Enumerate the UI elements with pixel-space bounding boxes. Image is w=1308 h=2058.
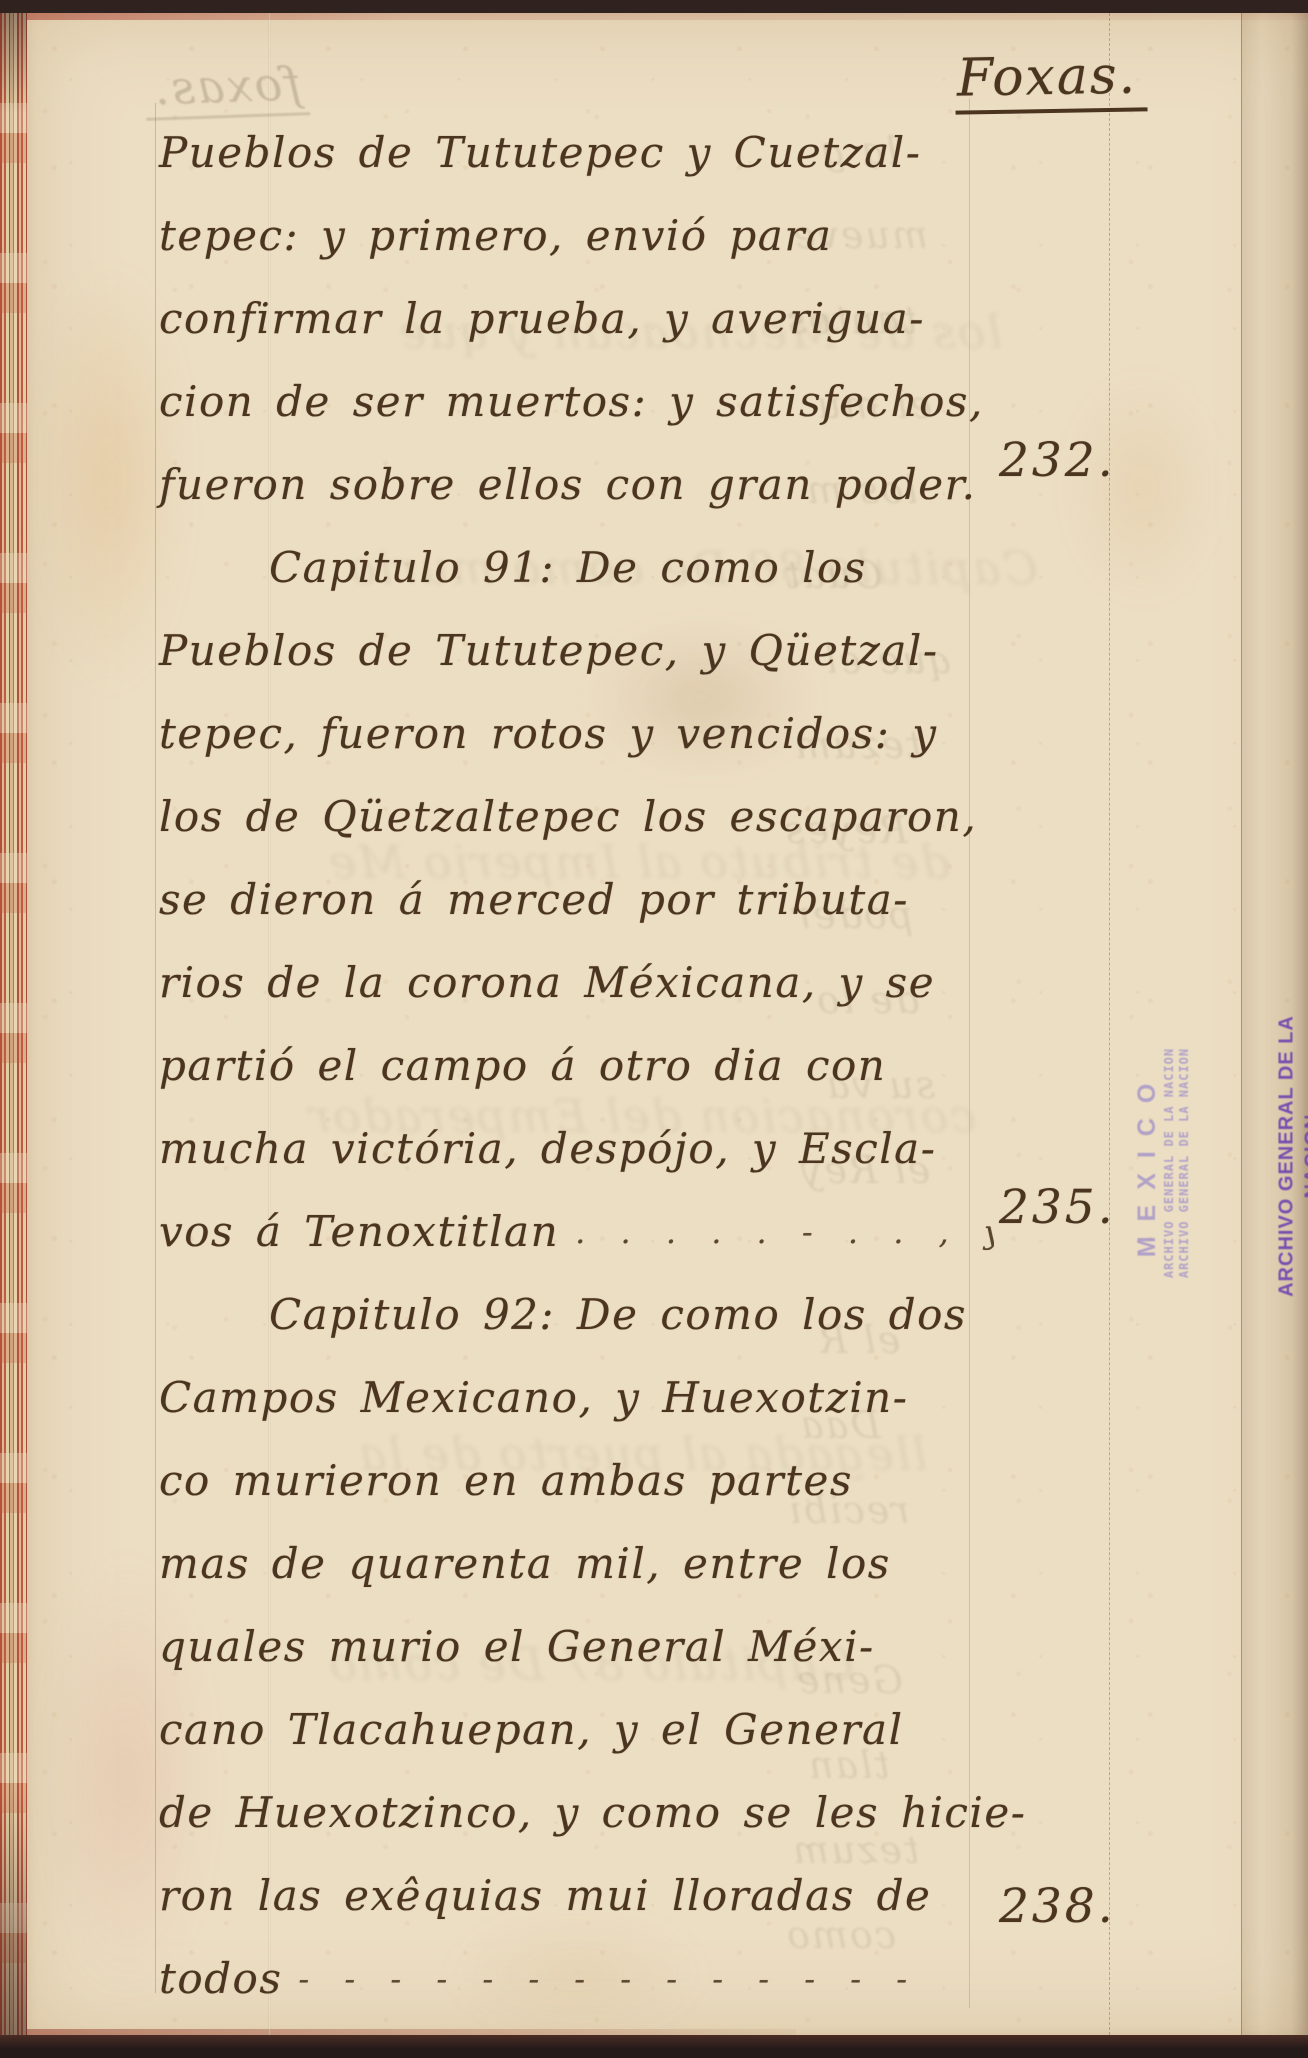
toc-line: los de Qüetzaltepec los escaparon, <box>159 775 1169 858</box>
toc-line: Capitulo 92: De como los dos <box>159 1273 1169 1356</box>
toc-line: Capitulo 91: De como los <box>159 526 1169 609</box>
toc-line: todos - - - - - - - - - - - - - - - - 23… <box>159 1937 1169 2020</box>
toc-line-text: cano Tlacahuepan, y el General <box>159 1705 904 1754</box>
red-dyed-page-edges <box>0 13 27 2035</box>
toc-line: tepec, fueron rotos y vencidos: y <box>159 692 1169 775</box>
toc-line-text: partió el campo á otro dia con <box>159 1041 886 1090</box>
toc-line-text: todos <box>159 1954 282 2003</box>
folio-number: 232. <box>999 433 1169 488</box>
toc-line-text: cion de ser muertos: y satisfechos, <box>159 377 984 426</box>
foxas-page-header: Foxas. <box>954 45 1147 114</box>
page-top-red-edge <box>27 13 1308 20</box>
toc-line-text: Pueblos de Tututepec, y Qüetzal- <box>159 626 939 675</box>
stamp-archivo-text: ARCHIVO GENERAL DE LA NACION <box>1177 1013 1192 1313</box>
toc-line: Campos Mexicano, y Huexotzin- <box>159 1356 1169 1439</box>
manuscript-page: la gmuevetantosel mulos mCuatque eltezum… <box>27 13 1308 2035</box>
toc-line: rios de la corona Méxicana, y se <box>159 941 1169 1024</box>
toc-line-text: Pueblos de Tututepec y Cuetzal- <box>159 128 921 177</box>
toc-line: co murieron en ambas partes <box>159 1439 1169 1522</box>
toc-line-text: de Huexotzinco, y como se les hicie- <box>159 1788 1026 1837</box>
toc-line-text: confirmar la prueba, y averigua- <box>159 294 925 343</box>
toc-line: quales murio el General Méxi- <box>159 1605 1169 1688</box>
folio-number: 235. <box>999 1180 1169 1235</box>
left-margin-rule <box>155 103 156 1993</box>
toc-line: partió el campo á otro dia con <box>159 1024 1169 1107</box>
toc-line-text: ron las exêquias mui lloradas de <box>159 1871 931 1920</box>
toc-line: cano Tlacahuepan, y el General <box>159 1688 1169 1771</box>
toc-line-text: se dieron á merced por tributa- <box>159 875 909 924</box>
toc-line-text: Capitulo 92: De como los dos <box>269 1290 967 1339</box>
toc-line: fueron sobre ellos con gran poder. 232. <box>159 443 1169 526</box>
toc-line-text: vos á Tenoxtitlan <box>159 1207 559 1256</box>
toc-line-text: mucha victória, despójo, y Escla- <box>159 1124 936 1173</box>
scanned-manuscript-photo: { "page": { "header": "Foxas.", "header_… <box>0 0 1308 2058</box>
toc-line-text: rios de la corona Méxicana, y se <box>159 958 935 1007</box>
toc-line-text: co murieron en ambas partes <box>159 1456 853 1505</box>
toc-line: confirmar la prueba, y averigua- <box>159 277 1169 360</box>
toc-line-text: fueron sobre ellos con gran poder. <box>159 460 976 509</box>
toc-line-text: Campos Mexicano, y Huexotzin- <box>159 1373 908 1422</box>
book-cover-edge-bottom <box>0 2035 1308 2058</box>
text-block: Pueblos de Tututepec y Cuetzal- tepec: y… <box>159 111 1169 2020</box>
toc-line: Pueblos de Tututepec, y Qüetzal- <box>159 609 1169 692</box>
toc-line: Pueblos de Tututepec y Cuetzal- <box>159 111 1169 194</box>
toc-line-text: tepec: y primero, envió para <box>159 211 832 260</box>
toc-line: tepec: y primero, envió para <box>159 194 1169 277</box>
toc-line: cion de ser muertos: y satisfechos, <box>159 360 1169 443</box>
toc-line-text: tepec, fueron rotos y vencidos: y <box>159 709 937 758</box>
dotted-leader: - - - - - - - - - - - - - - - - <box>298 1960 938 1998</box>
toc-line-text: los de Qüetzaltepec los escaparon, <box>159 792 977 841</box>
toc-line-text: mas de quarenta mil, entre los <box>159 1539 891 1588</box>
toc-line: de Huexotzinco, y como se les hicie- <box>159 1771 1169 1854</box>
right-page-fold <box>1241 13 1308 2035</box>
toc-line: se dieron á merced por tributa- <box>159 858 1169 941</box>
toc-line: mas de quarenta mil, entre los <box>159 1522 1169 1605</box>
toc-line-text: Capitulo 91: De como los <box>269 543 867 592</box>
toc-line: vos á Tenoxtitlan . . . . . - . . , y . … <box>159 1190 1169 1273</box>
book-cover-edge-top <box>0 0 1308 13</box>
toc-line-text: quales murio el General Méxi- <box>159 1622 875 1671</box>
folio-number: 238. <box>999 1879 1169 1934</box>
dotted-leader: . . . . . - . . , y . - , <box>575 1213 994 1251</box>
toc-line: mucha victória, despójo, y Escla- <box>159 1107 1169 1190</box>
